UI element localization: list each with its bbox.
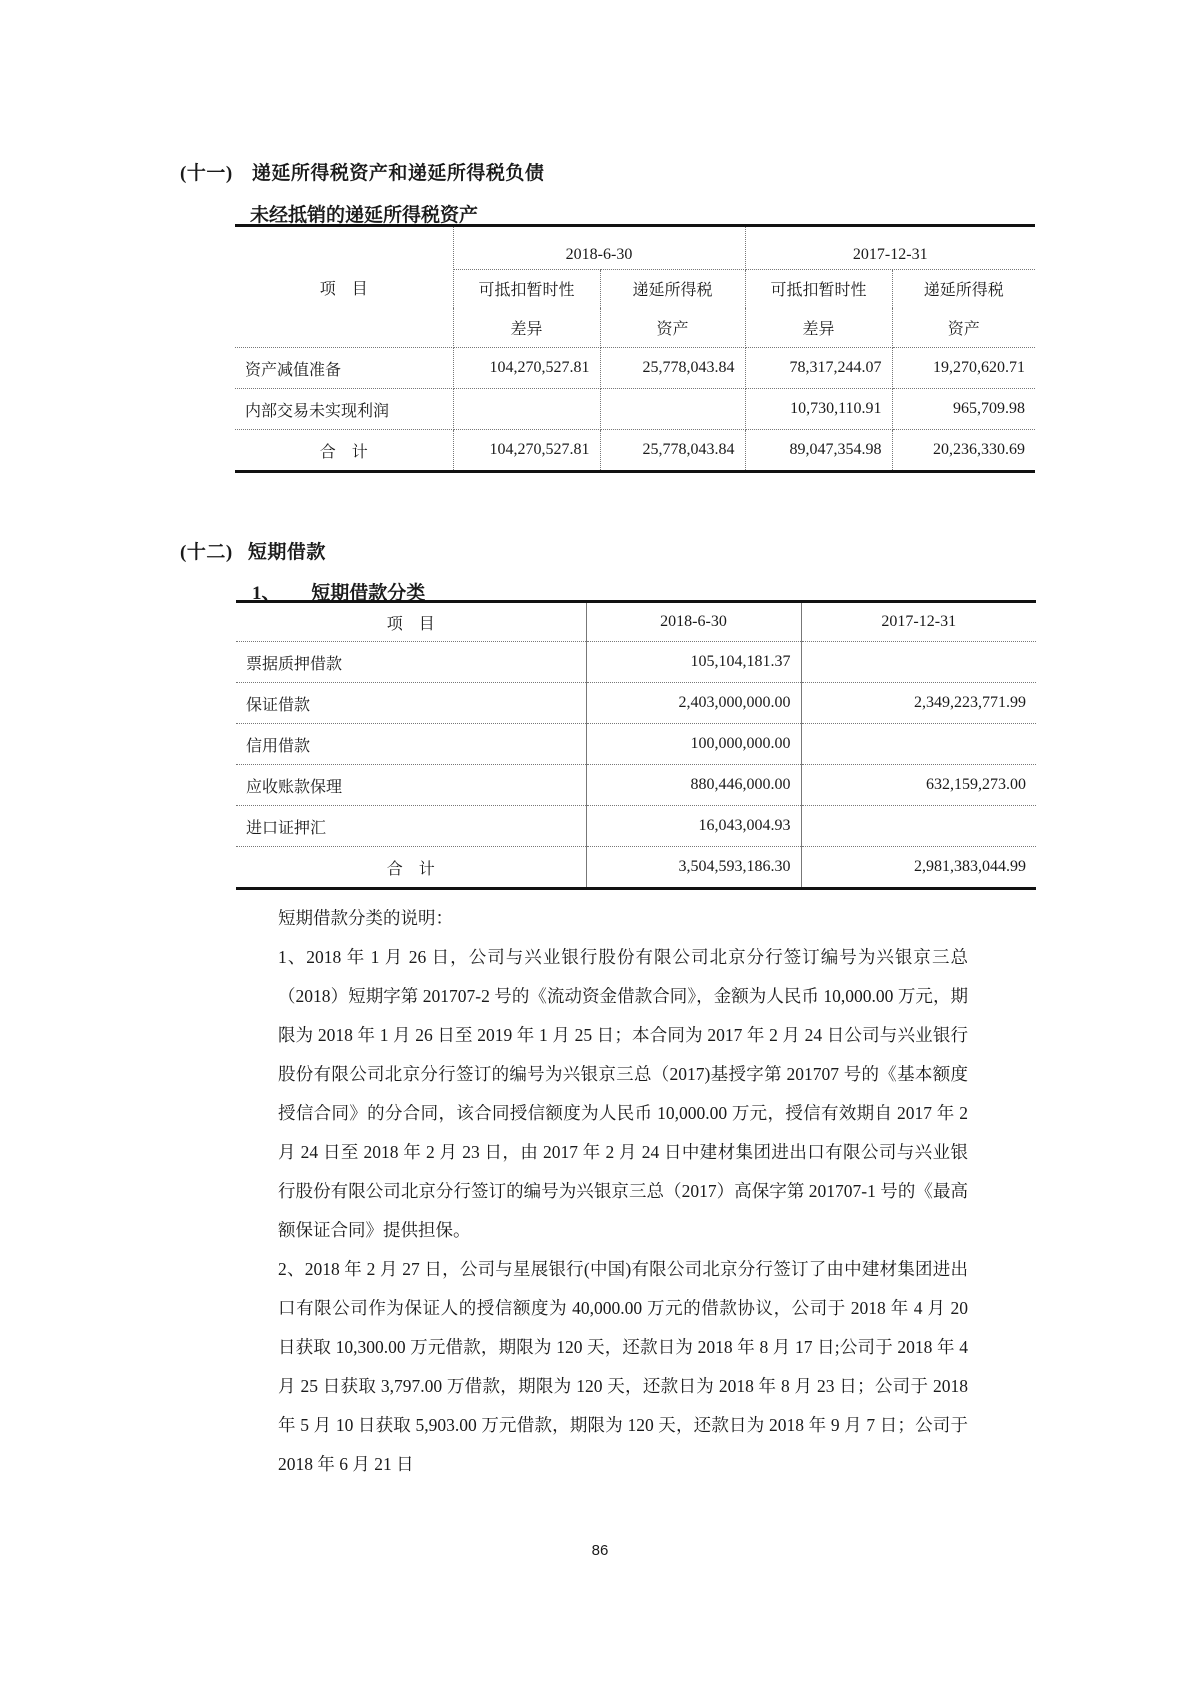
- loan-notes: 短期借款分类的说明： 1、2018 年 1 月 26 日，公司与兴业银行股份有限…: [278, 899, 968, 1484]
- subheader-diff-2017: 可抵扣暂时性: [745, 270, 892, 308]
- note-1: 1、2018 年 1 月 26 日，公司与兴业银行股份有限公司北京分行签订编号为…: [278, 938, 968, 1250]
- table-total-row: 合 计 3,504,593,186.30 2,981,383,044.99: [236, 847, 1036, 889]
- subheader-asset-2018: 递延所得税: [600, 270, 745, 308]
- section-11-subheading: 未经抵销的递延所得税资产: [250, 200, 478, 227]
- subheader-diff-2017-l2: 差异: [745, 308, 892, 348]
- note-2: 2、2018 年 2 月 27 日，公司与星展银行(中国)有限公司北京分行签订了…: [278, 1250, 968, 1484]
- table-row: 票据质押借款 105,104,181.37: [236, 642, 1036, 683]
- table-row: 内部交易未实现利润 10,730,110.91 965,709.98: [235, 389, 1035, 430]
- table-row: 进口证押汇 16,043,004.93: [236, 806, 1036, 847]
- section-12-title: 短期借款: [248, 542, 326, 563]
- section-12-heading: (十二) 短期借款: [180, 537, 326, 564]
- header-period-2017: 2017-12-31: [745, 226, 1035, 270]
- header-item: 项 目: [236, 602, 586, 642]
- short-term-loans-table: 项 目 2018-6-30 2017-12-31 票据质押借款 105,104,…: [236, 600, 1036, 890]
- header-2017: 2017-12-31: [801, 602, 1036, 642]
- header-2018: 2018-6-30: [586, 602, 801, 642]
- notes-title: 短期借款分类的说明：: [278, 899, 968, 938]
- header-period-2018: 2018-6-30: [453, 226, 745, 270]
- table-total-row: 合 计 104,270,527.81 25,778,043.84 89,047,…: [235, 430, 1035, 472]
- table-row: 应收账款保理 880,446,000.00 632,159,273.00: [236, 765, 1036, 806]
- subheader-diff-2018-l2: 差异: [453, 308, 600, 348]
- table-row: 资产减值准备 104,270,527.81 25,778,043.84 78,3…: [235, 348, 1035, 389]
- section-11-number: (十一): [180, 163, 233, 184]
- subheader-asset-2018-l2: 资产: [600, 308, 745, 348]
- subheader-asset-2017: 递延所得税: [892, 270, 1035, 308]
- table-row: 信用借款 100,000,000.00: [236, 724, 1036, 765]
- page-number: 86: [0, 1542, 1200, 1559]
- subheader-asset-2017-l2: 资产: [892, 308, 1035, 348]
- header-item: 项 目: [235, 226, 453, 348]
- deferred-tax-table: 项 目 2018-6-30 2017-12-31 可抵扣暂时性 递延所得税 可抵…: [235, 224, 1035, 473]
- section-11-title: 递延所得税资产和递延所得税负债: [252, 163, 545, 184]
- subheader-diff-2018: 可抵扣暂时性: [453, 270, 600, 308]
- section-12-number: (十二): [180, 542, 233, 563]
- section-11-heading: (十一) 递延所得税资产和递延所得税负债: [180, 158, 544, 185]
- table-row: 保证借款 2,403,000,000.00 2,349,223,771.99: [236, 683, 1036, 724]
